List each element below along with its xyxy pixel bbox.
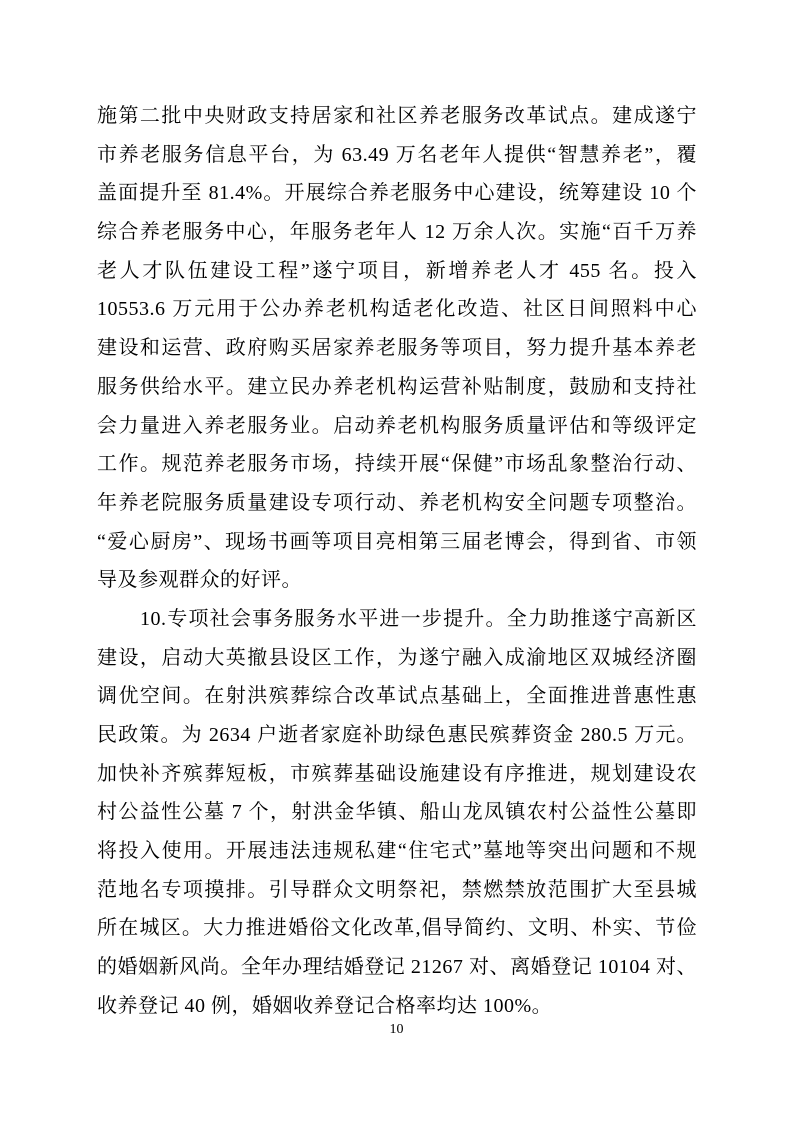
text-line: 年养老院服务质量建设专项行动、养老机构安全问题专项整治。 <box>97 484 697 523</box>
text-line: 工作。规范养老服务市场，持续开展“保健”市场乱象整治行动、2019 <box>97 445 697 484</box>
text-line: 市养老服务信息平台，为 63.49 万名老年人提供“智慧养老”，覆 <box>97 136 697 175</box>
text-line: 村公益性公墓 7 个，射洪金华镇、船山龙凤镇农村公益性公墓即 <box>97 793 697 832</box>
text-line: 导及参观群众的好评。 <box>97 561 697 600</box>
text-line: 民政策。为 2634 户逝者家庭补助绿色惠民殡葬资金 280.5 万元。 <box>97 716 697 755</box>
text-line: 10553.6 万元用于公办养老机构适老化改造、社区日间照料中心 <box>97 290 697 329</box>
text-line: 建设和运营、政府购买居家养老服务等项目，努力提升基本养老 <box>97 329 697 368</box>
text-line: 的婚姻新风尚。全年办理结婚登记 21267 对、离婚登记 10104 对、 <box>97 948 697 987</box>
text-line: 调优空间。在射洪殡葬综合改革试点基础上，全面推进普惠性惠 <box>97 677 697 716</box>
text-line: 盖面提升至 81.4%。开展综合养老服务中心建设，统筹建设 10 个 <box>97 174 697 213</box>
text-line: 建设，启动大英撤县设区工作，为遂宁融入成渝地区双城经济圈 <box>97 639 697 678</box>
text-line: 范地名专项摸排。引导群众文明祭祀，禁燃禁放范围扩大至县城 <box>97 871 697 910</box>
text-line: 所在城区。大力推进婚俗文化改革,倡导简约、文明、朴实、节俭 <box>97 909 697 948</box>
paragraph-start-line: 10.专项社会事务服务水平进一步提升。全力助推遂宁高新区 <box>97 600 697 639</box>
text-line: 老人才队伍建设工程”遂宁项目，新增养老人才 455 名。投入 <box>97 252 697 291</box>
text-line: 施第二批中央财政支持居家和社区养老服务改革试点。建成遂宁 <box>97 97 697 136</box>
text-line: 加快补齐殡葬短板，市殡葬基础设施建设有序推进，规划建设农 <box>97 755 697 794</box>
page-body-text: 施第二批中央财政支持居家和社区养老服务改革试点。建成遂宁 市养老服务信息平台，为… <box>97 97 697 1026</box>
text-line: “爱心厨房”、现场书画等项目亮相第三届老博会，得到省、市领 <box>97 523 697 562</box>
document-page: 施第二批中央财政支持居家和社区养老服务改革试点。建成遂宁 市养老服务信息平台，为… <box>0 0 793 1122</box>
text-line: 将投入使用。开展违法违规私建“住宅式”墓地等突出问题和不规 <box>97 832 697 871</box>
text-line: 会力量进入养老服务业。启动养老机构服务质量评估和等级评定 <box>97 407 697 446</box>
page-number: 10 <box>0 1020 793 1040</box>
text-line: 综合养老服务中心，年服务老年人 12 万余人次。实施“百千万养 <box>97 213 697 252</box>
text-line: 服务供给水平。建立民办养老机构运营补贴制度，鼓励和支持社 <box>97 368 697 407</box>
